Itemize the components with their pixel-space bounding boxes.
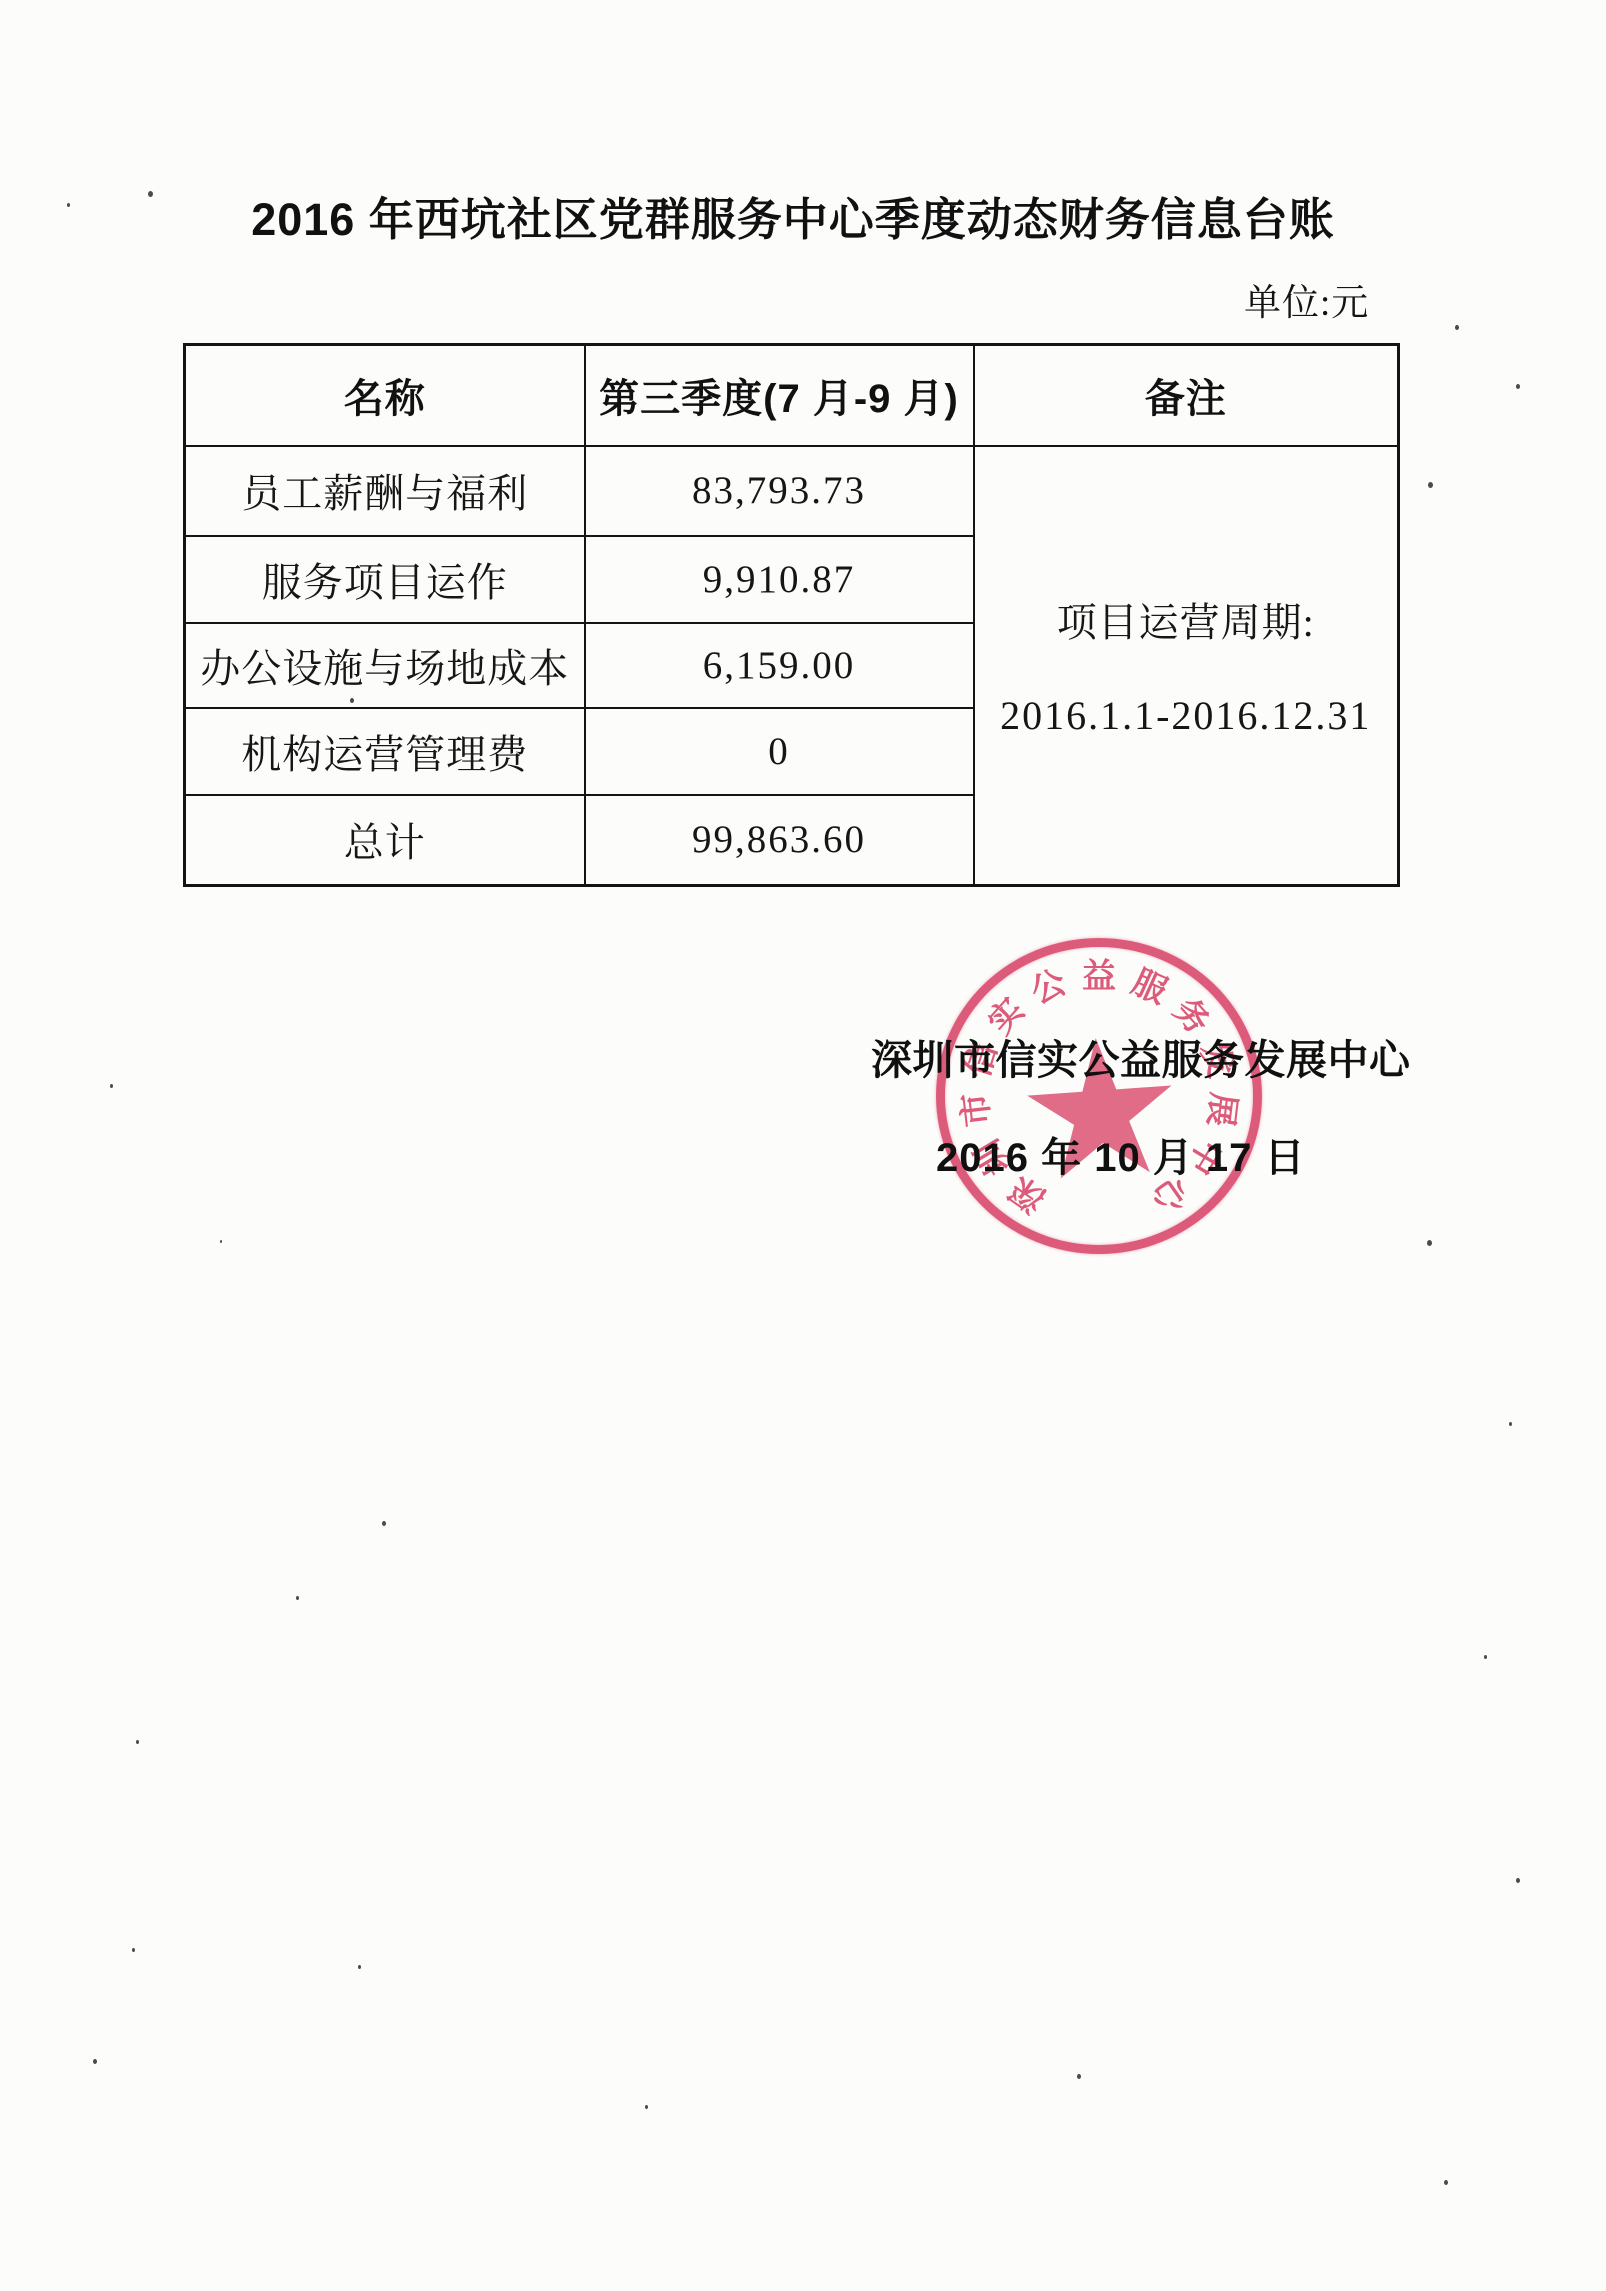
scan-speck bbox=[148, 191, 153, 197]
scan-speck bbox=[1077, 2074, 1081, 2079]
scan-speck bbox=[1509, 1422, 1512, 1426]
scan-speck bbox=[220, 1240, 222, 1243]
signature-date: 2016 年 10 月 17 日 bbox=[936, 1126, 1306, 1183]
stamp-arc-char: 展 bbox=[1199, 1091, 1252, 1130]
scan-speck bbox=[1428, 482, 1433, 488]
signature-organization: 深圳市信实公益服务发展中心 bbox=[871, 1027, 1411, 1086]
scan-speck bbox=[1455, 325, 1459, 330]
scanned-document-page: 2016 年西坑社区党群服务中心季度动态财务信息台账 单位:元 名称 第三季度(… bbox=[0, 0, 1606, 2291]
row-label: 办公设施与场地成本 bbox=[185, 623, 585, 708]
header-name: 名称 bbox=[185, 345, 585, 446]
scan-speck bbox=[1484, 1655, 1487, 1659]
table-header-row: 名称 第三季度(7 月-9 月) 备注 bbox=[185, 345, 1399, 446]
scan-speck bbox=[1444, 2180, 1448, 2185]
header-quarter: 第三季度(7 月-9 月) bbox=[585, 345, 974, 446]
organization-seal-stamp: 深圳市信实公益服务发展中心 bbox=[936, 938, 1262, 1254]
scan-speck bbox=[358, 1965, 361, 1969]
remarks-merged-cell: 项目运营周期: 2016.1.1-2016.12.31 bbox=[974, 446, 1399, 886]
row-value: 9,910.87 bbox=[585, 536, 974, 623]
remark-period-dates: 2016.1.1-2016.12.31 bbox=[1000, 692, 1371, 739]
scan-speck bbox=[382, 1521, 386, 1526]
table-row: 员工薪酬与福利 83,793.73 项目运营周期: 2016.1.1-2016.… bbox=[185, 446, 1399, 536]
row-label: 服务项目运作 bbox=[185, 536, 585, 623]
scan-speck bbox=[132, 1948, 135, 1952]
row-value: 83,793.73 bbox=[585, 446, 974, 536]
header-remarks: 备注 bbox=[974, 345, 1399, 446]
document-title: 2016 年西坑社区党群服务中心季度动态财务信息台账 bbox=[0, 183, 1596, 248]
stamp-arc-char: 益 bbox=[1082, 949, 1116, 998]
unit-label: 单位:元 bbox=[1244, 272, 1369, 326]
scan-speck bbox=[93, 2059, 97, 2064]
scan-speck bbox=[1516, 1878, 1520, 1883]
scan-speck bbox=[645, 2105, 648, 2109]
scan-speck bbox=[136, 1740, 139, 1744]
scan-speck bbox=[67, 203, 70, 207]
scan-speck bbox=[350, 698, 354, 703]
scan-speck bbox=[110, 1084, 113, 1088]
total-value: 99,863.60 bbox=[585, 795, 974, 886]
row-value: 0 bbox=[585, 708, 974, 795]
finance-table: 名称 第三季度(7 月-9 月) 备注 员工薪酬与福利 83,793.73 项目… bbox=[183, 343, 1400, 887]
remark-period-label: 项目运营周期: bbox=[1057, 591, 1315, 648]
scan-speck bbox=[1427, 1240, 1432, 1246]
row-value: 6,159.00 bbox=[585, 623, 974, 708]
total-label: 总计 bbox=[185, 795, 585, 886]
row-label: 员工薪酬与福利 bbox=[185, 446, 585, 536]
row-label: 机构运营管理费 bbox=[185, 708, 585, 795]
scan-speck bbox=[296, 1596, 299, 1600]
scan-speck bbox=[1516, 384, 1520, 389]
stamp-arc-char: 市 bbox=[947, 1091, 1000, 1130]
